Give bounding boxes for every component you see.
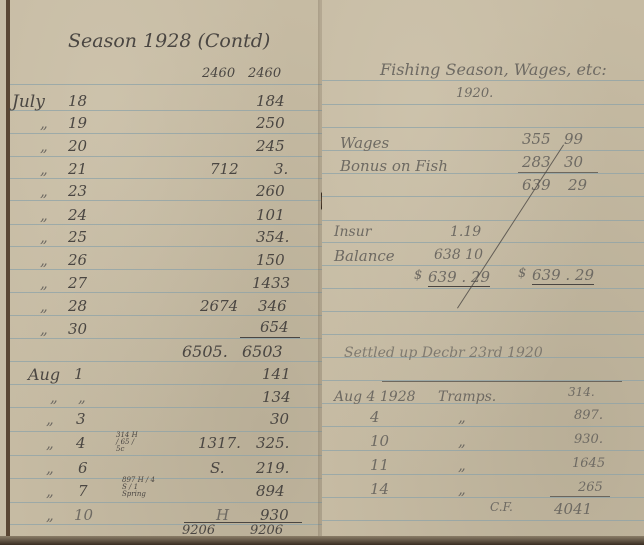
day: 10 bbox=[370, 432, 389, 450]
amount: 260 bbox=[256, 182, 285, 200]
right-page: Fishing Season, Wages, etc: 1920. Wages … bbox=[322, 0, 644, 540]
subtotal: 2674 bbox=[200, 297, 238, 315]
month-label-aug: Aug bbox=[28, 365, 60, 384]
day: 11 bbox=[370, 456, 389, 474]
amount: 354. bbox=[256, 228, 289, 246]
insur-value: 1.19 bbox=[450, 224, 481, 240]
ledger-spread: Season 1928 (Contd) 2460 2460 July 18 18… bbox=[0, 0, 644, 545]
right-page-year: 1920. bbox=[456, 86, 493, 101]
day: 19 bbox=[68, 114, 87, 132]
amount: 250 bbox=[256, 114, 285, 132]
day: 10 bbox=[74, 506, 93, 524]
amount: 101 bbox=[256, 206, 285, 224]
ditto-mark: „ bbox=[40, 137, 48, 155]
insur-label: Insur bbox=[334, 224, 371, 240]
ditto-mark: „ bbox=[458, 408, 466, 426]
amount: 654 bbox=[260, 318, 289, 336]
amount: 265 bbox=[578, 480, 603, 495]
day: 25 bbox=[68, 228, 87, 246]
settled-note: Settled up Decbr 23rd 1920 bbox=[344, 345, 543, 361]
day: 4 bbox=[370, 408, 380, 426]
balance-value: 638 10 bbox=[434, 247, 483, 263]
ditto-mark: „ bbox=[40, 228, 48, 246]
right-page-title: Fishing Season, Wages, etc: bbox=[380, 60, 607, 79]
amount: 245 bbox=[256, 137, 285, 155]
brought-forward-total: 2460 bbox=[248, 66, 281, 81]
carried-total: 4041 bbox=[554, 500, 592, 518]
subtotal: 712 bbox=[210, 160, 239, 178]
amount: 184 bbox=[256, 92, 285, 110]
subtotal: S. bbox=[210, 459, 225, 477]
july-total: 6503 bbox=[242, 342, 283, 361]
subtotal-shillings: 29 bbox=[568, 176, 587, 194]
day: 7 bbox=[78, 482, 88, 500]
wages-label: Wages bbox=[340, 134, 389, 152]
amount: 346 bbox=[258, 297, 287, 315]
day: 24 bbox=[68, 206, 87, 224]
brought-forward-sub: 2460 bbox=[202, 66, 235, 81]
day: 3 bbox=[76, 410, 86, 428]
amount: 3. bbox=[274, 160, 288, 178]
aug-header-date: Aug 4 1928 bbox=[334, 389, 416, 405]
ditto-mark: „ bbox=[46, 410, 54, 428]
amount: 1433 bbox=[252, 274, 290, 292]
ditto-mark: „ bbox=[46, 482, 54, 500]
carried-label: C.F. bbox=[490, 500, 513, 514]
pound-symbol: $ bbox=[518, 266, 526, 281]
left-page-title: Season 1928 (Contd) bbox=[68, 30, 270, 52]
day: 27 bbox=[68, 274, 87, 292]
day: „ bbox=[78, 388, 86, 406]
ditto-mark: „ bbox=[40, 206, 48, 224]
amount: 1645 bbox=[572, 456, 605, 471]
july-subtotal: 6505. bbox=[182, 342, 228, 361]
left-page: Season 1928 (Contd) 2460 2460 July 18 18… bbox=[6, 0, 326, 540]
day: 4 bbox=[76, 434, 86, 452]
pound-symbol: $ bbox=[414, 268, 422, 283]
ditto-mark: „ bbox=[46, 506, 54, 524]
bonus-shillings: 30 bbox=[564, 153, 583, 171]
ditto-mark: „ bbox=[40, 160, 48, 178]
page-bottom-edge bbox=[0, 536, 644, 545]
ditto-mark: „ bbox=[458, 480, 466, 498]
ditto-mark: „ bbox=[458, 456, 466, 474]
ditto-mark: „ bbox=[40, 297, 48, 315]
ditto-mark: „ bbox=[46, 459, 54, 477]
ditto-mark: „ bbox=[40, 320, 48, 338]
day: 30 bbox=[68, 320, 87, 338]
day: 18 bbox=[68, 92, 87, 110]
day: 20 bbox=[68, 137, 87, 155]
balance-label: Balance bbox=[334, 247, 395, 265]
wages-pounds: 355 bbox=[522, 130, 551, 148]
day: 1 bbox=[74, 365, 84, 383]
catch-note: 314 H / 65 / 5c bbox=[116, 432, 140, 453]
month-label-july: July bbox=[12, 92, 45, 112]
day: 28 bbox=[68, 297, 87, 315]
day: 21 bbox=[68, 160, 87, 178]
amount: 134 bbox=[262, 388, 291, 406]
amount: 325. bbox=[256, 434, 289, 452]
day: 23 bbox=[68, 182, 87, 200]
ditto-mark: „ bbox=[458, 432, 466, 450]
aug-header-label: Tramps. bbox=[438, 389, 496, 405]
wages-shillings: 99 bbox=[564, 130, 583, 148]
grand-total: 639 . 29 bbox=[532, 266, 594, 285]
ditto-mark: „ bbox=[46, 434, 54, 452]
ditto-mark: „ bbox=[40, 114, 48, 132]
subtotal: 1317. bbox=[198, 434, 241, 452]
amount: 219. bbox=[256, 459, 289, 477]
ditto-mark: „ bbox=[50, 388, 58, 406]
bonus-label: Bonus on Fish bbox=[340, 157, 448, 175]
day: 26 bbox=[68, 251, 87, 269]
amount: 141 bbox=[262, 365, 291, 383]
amount: 897. bbox=[574, 408, 603, 423]
day: 6 bbox=[78, 459, 88, 477]
day: 14 bbox=[370, 480, 389, 498]
ditto-mark: „ bbox=[40, 274, 48, 292]
amount: 930. bbox=[574, 432, 603, 447]
catch-note: 897 H / 4 S / 1 Spring bbox=[122, 477, 158, 498]
ditto-mark: „ bbox=[40, 251, 48, 269]
amount: 150 bbox=[256, 251, 285, 269]
amount: 30 bbox=[270, 410, 289, 428]
aug-header-amount: 314. bbox=[568, 385, 595, 399]
ditto-mark: „ bbox=[40, 182, 48, 200]
amount: 894 bbox=[256, 482, 285, 500]
